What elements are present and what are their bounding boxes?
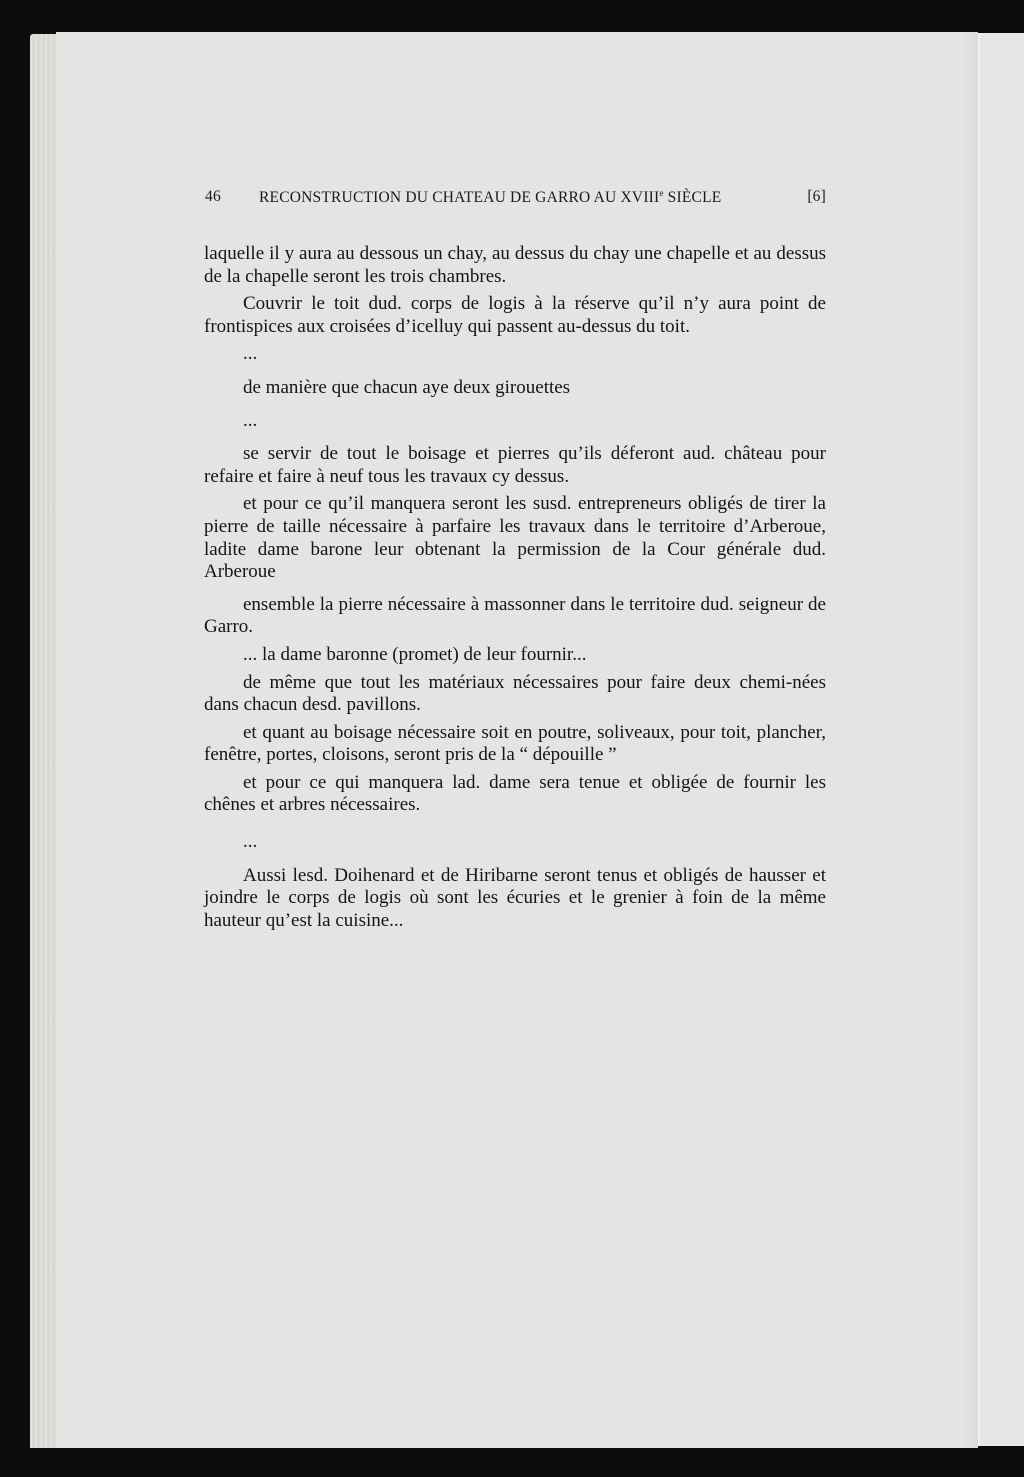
page-number: 46 bbox=[205, 188, 221, 206]
paragraph: de manière que chacun aye deux girouette… bbox=[204, 377, 826, 400]
running-title: RECONSTRUCTION DU CHATEAU DE GARRO AU XV… bbox=[259, 188, 721, 207]
running-title-main: RECONSTRUCTION DU CHATEAU DE GARRO AU XV… bbox=[259, 189, 659, 206]
paragraph: Aussi lesd. Doihenard et de Hiribarne se… bbox=[204, 865, 826, 933]
paragraph: et quant au boisage nécessaire soit en p… bbox=[204, 722, 826, 767]
ellipsis-paragraph: ... bbox=[204, 410, 826, 433]
paragraph: de même que tout les matériaux nécessair… bbox=[204, 672, 826, 717]
paragraph: et pour ce qu’il manquera seront les sus… bbox=[204, 493, 826, 583]
facing-page-edge bbox=[978, 33, 1024, 1446]
paragraph: ensemble la pierre nécessaire à massonne… bbox=[204, 594, 826, 639]
paragraph: se servir de tout le boisage et pierres … bbox=[204, 443, 826, 488]
paragraph: et pour ce qui manquera lad. dame sera t… bbox=[204, 772, 826, 817]
section-number: [6] bbox=[807, 188, 826, 206]
paragraph: ... la dame baronne (promet) de leur fou… bbox=[204, 644, 826, 667]
body-text: laquelle il y aura au dessous un chay, a… bbox=[204, 243, 826, 937]
ellipsis-paragraph: ... bbox=[204, 343, 826, 366]
running-head: 46 RECONSTRUCTION DU CHATEAU DE GARRO AU… bbox=[205, 188, 826, 208]
paragraph: laquelle il y aura au dessous un chay, a… bbox=[204, 243, 826, 288]
ellipsis-paragraph: ... bbox=[204, 831, 826, 854]
paragraph: Couvrir le toit dud. corps de logis à la… bbox=[204, 293, 826, 338]
running-title-end: SIÈCLE bbox=[664, 189, 722, 206]
gutter-shadow bbox=[962, 32, 978, 1448]
